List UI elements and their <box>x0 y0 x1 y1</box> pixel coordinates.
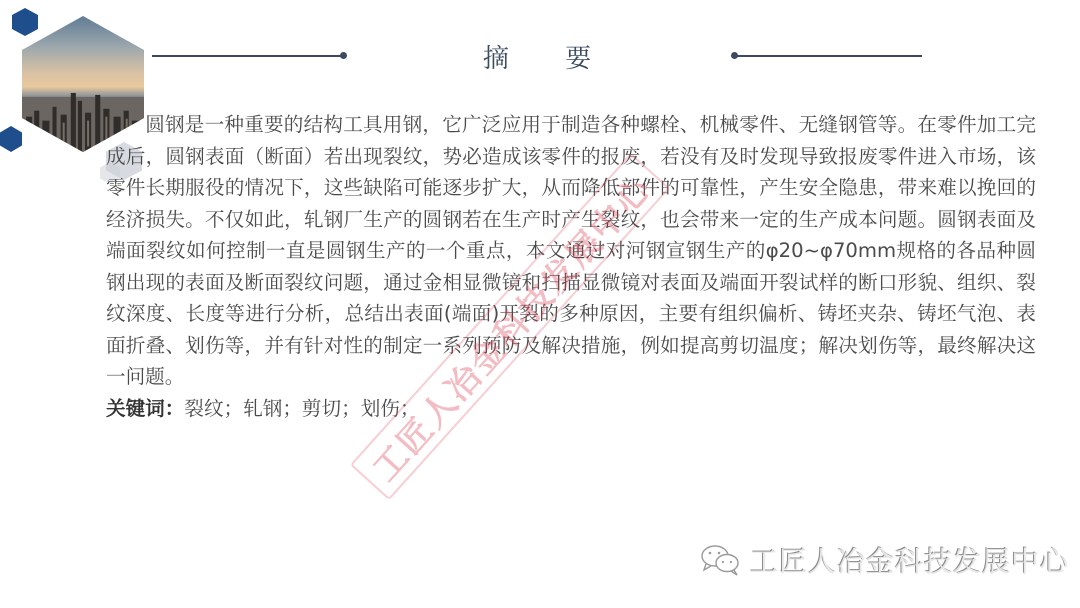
wechat-icon <box>700 543 742 577</box>
abstract-paragraph: 圆钢是一种重要的结构工具用钢，它广泛应用于制造各种螺栓、机械零件、无缝钢管等。在… <box>106 109 1036 393</box>
keywords-value: 裂纹；轧钢；剪切；划伤； <box>184 397 419 420</box>
decor-hexagon-top <box>12 8 38 36</box>
page-title: 摘 要 <box>152 38 922 75</box>
footer-account-name: 工匠人冶金科技发展中心 <box>750 540 1069 580</box>
keywords-label: 关键词： <box>106 397 184 420</box>
footer-account: 工匠人冶金科技发展中心 <box>700 540 1069 580</box>
abstract-body: 圆钢是一种重要的结构工具用钢，它广泛应用于制造各种螺栓、机械零件、无缝钢管等。在… <box>106 109 1036 424</box>
section-title-row: 摘 要 <box>152 38 922 74</box>
decor-hexagon-bottom <box>0 126 22 152</box>
keywords-row: 关键词：裂纹；轧钢；剪切；划伤； <box>106 393 1036 425</box>
title-divider-right <box>736 55 922 57</box>
